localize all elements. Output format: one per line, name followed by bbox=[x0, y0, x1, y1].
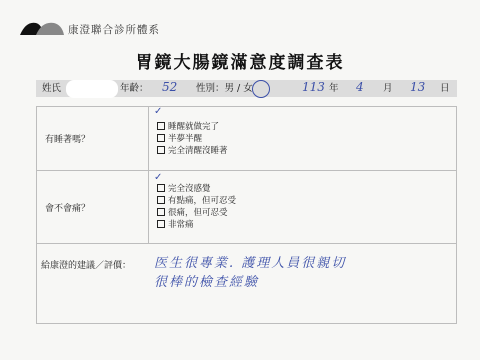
option-pain-2[interactable]: 很痛，但可忍受 bbox=[157, 207, 455, 219]
year-value[interactable]: 113 bbox=[302, 79, 325, 96]
form-title: 胃鏡大腸鏡滿意度調查表 bbox=[0, 48, 480, 73]
checkmark-icon: ✓ bbox=[154, 106, 162, 117]
checkbox-icon[interactable] bbox=[157, 184, 165, 192]
comment-line-1[interactable]: 医生很專業. 護理人員很親切 bbox=[154, 252, 346, 271]
name-field-redacted[interactable] bbox=[66, 80, 118, 98]
checkbox-icon[interactable] bbox=[157, 146, 165, 154]
checkbox-icon[interactable] bbox=[157, 134, 165, 142]
gender-selected-circle bbox=[252, 80, 270, 98]
comments-label: 給康澄的建議／評價： bbox=[41, 261, 131, 271]
question-pain: 會不會痛？ bbox=[37, 171, 149, 244]
question-row-sleep: 有睡著嗎？ 睡醒就做完了 半夢半醒 完全清醒沒睡著 bbox=[37, 107, 457, 171]
checkbox-icon[interactable] bbox=[157, 122, 165, 130]
day-label: 日 bbox=[440, 80, 450, 97]
name-label: 姓氏 bbox=[42, 80, 61, 97]
gender-label: 性別：男 / 女 bbox=[196, 80, 253, 97]
clinic-logo-icon bbox=[20, 21, 64, 35]
checkmark-icon: ✓ bbox=[154, 172, 162, 183]
question-sleep: 有睡著嗎？ bbox=[37, 107, 149, 171]
age-value[interactable]: 52 bbox=[162, 79, 177, 96]
year-label: 年 bbox=[329, 80, 339, 97]
option-sleep-2[interactable]: 完全清醒沒睡著 bbox=[157, 145, 455, 157]
option-pain-0[interactable]: 完全沒感覺 bbox=[157, 183, 455, 195]
option-sleep-0[interactable]: 睡醒就做完了 bbox=[157, 121, 455, 133]
comment-line-2[interactable]: 很棒的檢查經驗 bbox=[154, 271, 259, 290]
option-pain-1[interactable]: 有點痛，但可忍受 bbox=[157, 195, 455, 207]
checkbox-icon[interactable] bbox=[157, 196, 165, 204]
question-row-pain: 會不會痛？ 完全沒感覺 有點痛，但可忍受 很痛，但可忍受 非常痛 bbox=[37, 171, 457, 244]
answer-pain: 完全沒感覺 有點痛，但可忍受 很痛，但可忍受 非常痛 bbox=[149, 171, 457, 244]
checkbox-icon[interactable] bbox=[157, 220, 165, 228]
answer-sleep: 睡醒就做完了 半夢半醒 完全清醒沒睡著 bbox=[149, 107, 457, 171]
checkbox-icon[interactable] bbox=[157, 208, 165, 216]
option-pain-3[interactable]: 非常痛 bbox=[157, 219, 455, 231]
age-label: 年齡： bbox=[120, 80, 149, 97]
day-value[interactable]: 13 bbox=[410, 79, 425, 96]
survey-table: 有睡著嗎？ 睡醒就做完了 半夢半醒 完全清醒沒睡著 會不會痛？ 完全沒感覺 有點… bbox=[36, 106, 457, 324]
month-label: 月 bbox=[383, 80, 393, 97]
month-value[interactable]: 4 bbox=[356, 79, 364, 96]
option-sleep-1[interactable]: 半夢半醒 bbox=[157, 133, 455, 145]
organization-name: 康澄聯合診所體系 bbox=[68, 22, 160, 37]
